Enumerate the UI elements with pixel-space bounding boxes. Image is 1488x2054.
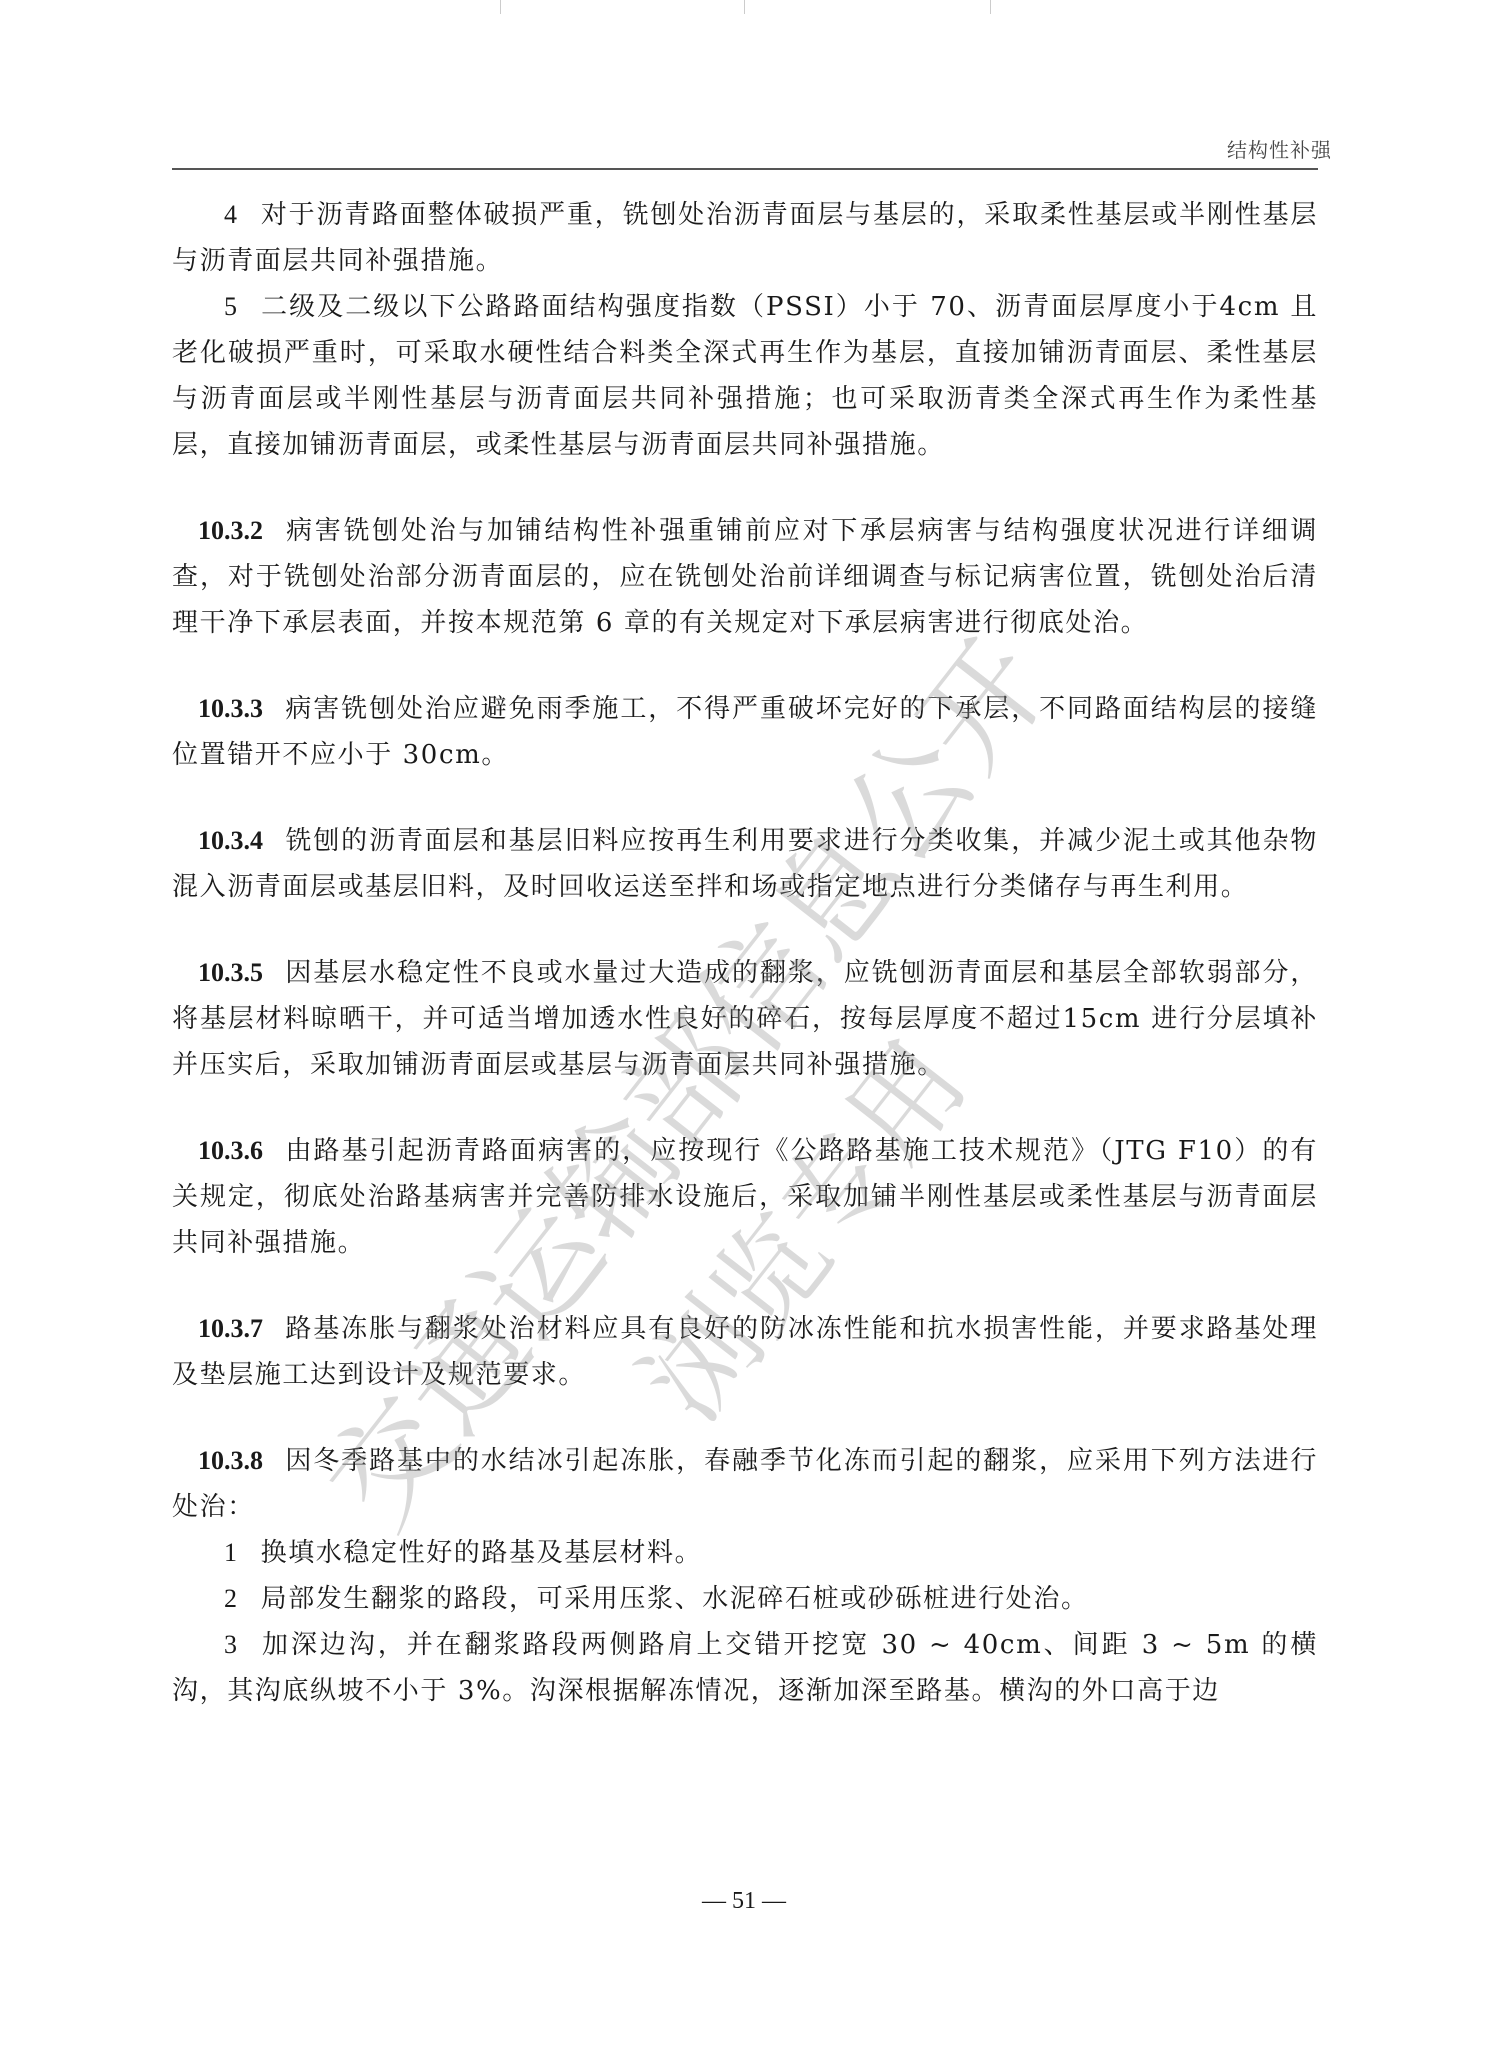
header-rule: [172, 168, 1318, 170]
item-text: 加深边沟，并在翻浆路段两侧路肩上交错开挖宽 30 ~ 40cm、间距 3 ~ 5…: [172, 1630, 1318, 1706]
clause-text: 路基冻胀与翻浆处治材料应具有良好的防冰冻性能和抗水损害性能，并要求路基处理及垫层…: [172, 1314, 1318, 1390]
clause-text: 因基层水稳定性不良或水量过大造成的翻浆，应铣刨沥青面层和基层全部软弱部分，将基层…: [172, 958, 1318, 1080]
clause-10-3-6: 10.3.6由路基引起沥青路面病害的，应按现行《公路路基施工技术规范》（JTG …: [172, 1128, 1318, 1266]
item-text: 局部发生翻浆的路段，可采用压浆、水泥碎石桩或砂砾桩进行处治。: [261, 1584, 1089, 1614]
clause-10-3-5: 10.3.5因基层水稳定性不良或水量过大造成的翻浆，应铣刨沥青面层和基层全部软弱…: [172, 950, 1318, 1088]
list-item: 2局部发生翻浆的路段，可采用压浆、水泥碎石桩或砂砾桩进行处治。: [172, 1576, 1318, 1622]
crop-mark: [500, 0, 501, 14]
clause-10-3-2: 10.3.2病害铣刨处治与加铺结构性补强重铺前应对下承层病害与结构强度状况进行详…: [172, 508, 1318, 646]
clause-number: 10.3.3: [198, 694, 263, 723]
clause-number: 10.3.5: [198, 958, 263, 987]
clause-number: 10.3.7: [198, 1314, 263, 1343]
list-item: 4对于沥青路面整体破损严重，铣刨处治沥青面层与基层的，采取柔性基层或半刚性基层与…: [172, 192, 1318, 284]
clause-text: 病害铣刨处治应避免雨季施工，不得严重破坏完好的下承层，不同路面结构层的接缝位置错…: [172, 694, 1318, 770]
item-number: 1: [224, 1538, 239, 1567]
list-item: 1换填水稳定性好的路基及基层材料。: [172, 1530, 1318, 1576]
clause-10-3-4: 10.3.4铣刨的沥青面层和基层旧料应按再生利用要求进行分类收集，并减少泥土或其…: [172, 818, 1318, 910]
clause-text: 病害铣刨处治与加铺结构性补强重铺前应对下承层病害与结构强度状况进行详细调查，对于…: [172, 516, 1318, 638]
clause-number: 10.3.8: [198, 1446, 263, 1475]
clause-number: 10.3.4: [198, 826, 263, 855]
list-item: 3加深边沟，并在翻浆路段两侧路肩上交错开挖宽 30 ~ 40cm、间距 3 ~ …: [172, 1622, 1318, 1714]
crop-mark: [744, 0, 745, 14]
item-text: 对于沥青路面整体破损严重，铣刨处治沥青面层与基层的，采取柔性基层或半刚性基层与沥…: [172, 200, 1318, 276]
list-item: 5二级及二级以下公路路面结构强度指数（PSSI）小于 70、沥青面层厚度小于4c…: [172, 284, 1318, 468]
crop-mark: [990, 0, 991, 14]
clause-text: 铣刨的沥青面层和基层旧料应按再生利用要求进行分类收集，并减少泥土或其他杂物混入沥…: [172, 826, 1318, 902]
running-header-title: 结构性补强: [1227, 134, 1332, 163]
page-number: — 51 —: [0, 1888, 1488, 1915]
clause-text: 由路基引起沥青路面病害的，应按现行《公路路基施工技术规范》（JTG F10）的有…: [172, 1136, 1318, 1258]
item-number: 4: [224, 200, 239, 229]
clause-number: 10.3.2: [198, 516, 263, 545]
clause-text: 因冬季路基中的水结冰引起冻胀，春融季节化冻而引起的翻浆，应采用下列方法进行处治：: [172, 1446, 1318, 1522]
clause-10-3-8: 10.3.8因冬季路基中的水结冰引起冻胀，春融季节化冻而引起的翻浆，应采用下列方…: [172, 1438, 1318, 1530]
clause-10-3-7: 10.3.7路基冻胀与翻浆处治材料应具有良好的防冰冻性能和抗水损害性能，并要求路…: [172, 1306, 1318, 1398]
item-number: 3: [224, 1630, 239, 1659]
page-body: 4对于沥青路面整体破损严重，铣刨处治沥青面层与基层的，采取柔性基层或半刚性基层与…: [172, 192, 1318, 1714]
item-number: 5: [224, 292, 239, 321]
item-text: 换填水稳定性好的路基及基层材料。: [261, 1538, 703, 1568]
clause-number: 10.3.6: [198, 1136, 263, 1165]
item-text: 二级及二级以下公路路面结构强度指数（PSSI）小于 70、沥青面层厚度小于4cm…: [172, 292, 1318, 460]
item-number: 2: [224, 1584, 239, 1613]
clause-10-3-3: 10.3.3病害铣刨处治应避免雨季施工，不得严重破坏完好的下承层，不同路面结构层…: [172, 686, 1318, 778]
